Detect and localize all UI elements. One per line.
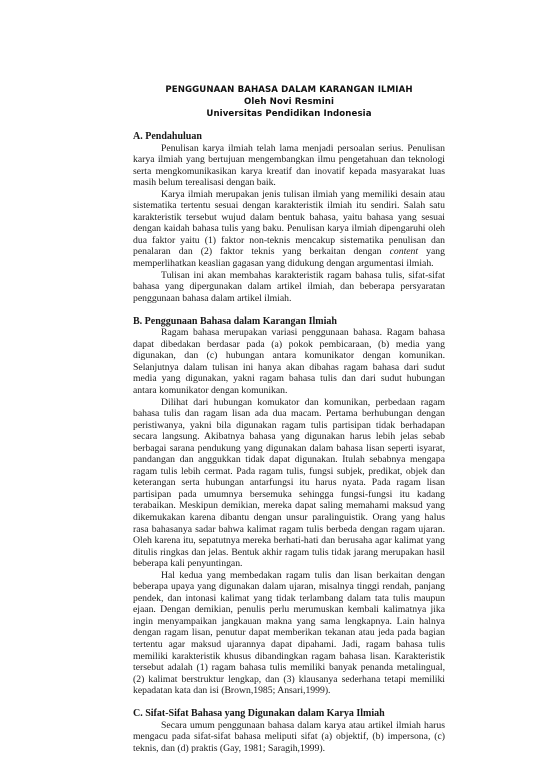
- section-pendahuluan: A. Pendahuluan Penulisan karya ilmiah te…: [133, 131, 445, 304]
- title-block: PENGGUNAAN BAHASA DALAM KARANGAN ILMIAH …: [130, 84, 448, 120]
- paragraph: Secara umum penggunaan bahasa dalam kary…: [133, 720, 445, 755]
- paragraph: Tulisan ini akan membahas karakteristik …: [133, 270, 445, 305]
- document-page: PENGGUNAAN BAHASA DALAM KARANGAN ILMIAH …: [0, 0, 550, 777]
- section-heading: B. Penggunaan Bahasa dalam Karangan Ilmi…: [133, 316, 445, 328]
- affiliation: Universitas Pendidikan Indonesia: [130, 108, 448, 120]
- spacer: [133, 304, 445, 316]
- author-line: Oleh Novi Resmini: [130, 96, 448, 108]
- paragraph: Karya ilmiah merupakan jenis tulisan ilm…: [133, 189, 445, 270]
- document-body: A. Pendahuluan Penulisan karya ilmiah te…: [133, 131, 445, 754]
- paragraph: Penulisan karya ilmiah telah lama menjad…: [133, 143, 445, 189]
- section-penggunaan-bahasa: B. Penggunaan Bahasa dalam Karangan Ilmi…: [133, 316, 445, 697]
- paragraph: Hal kedua yang membedakan ragam tulis da…: [133, 570, 445, 697]
- spacer: [133, 697, 445, 709]
- paragraph: Dilihat dari hubungan komukator dan komu…: [133, 397, 445, 570]
- section-heading: C. Sifat-Sifat Bahasa yang Digunakan dal…: [133, 708, 445, 720]
- italic-term: content: [390, 246, 419, 257]
- document-title: PENGGUNAAN BAHASA DALAM KARANGAN ILMIAH: [130, 84, 448, 96]
- section-heading: A. Pendahuluan: [133, 131, 445, 143]
- section-sifat-bahasa: C. Sifat-Sifat Bahasa yang Digunakan dal…: [133, 708, 445, 754]
- paragraph: Ragam bahasa merupakan variasi penggunaa…: [133, 327, 445, 396]
